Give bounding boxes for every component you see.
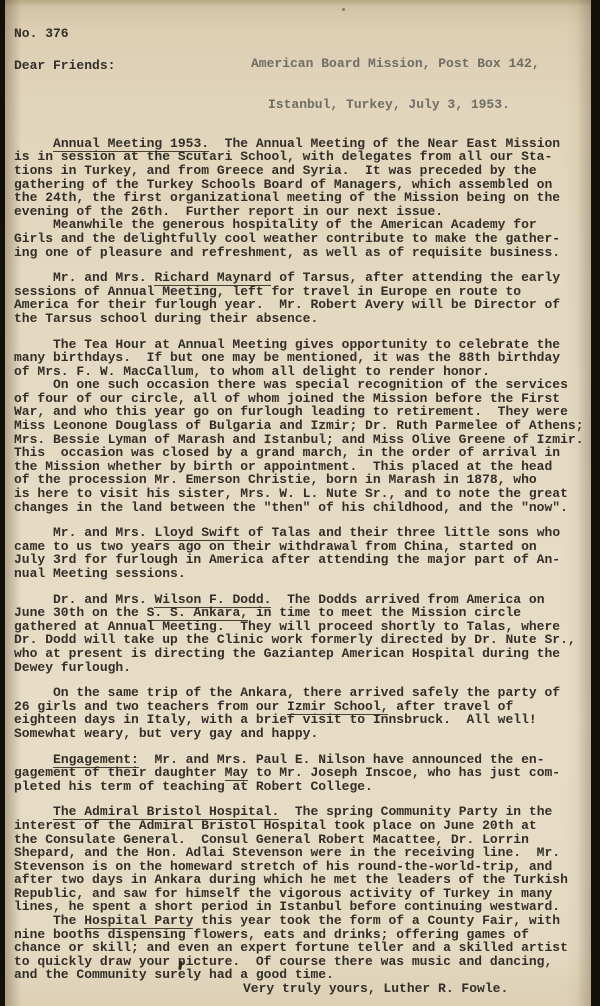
letter-line: gathered at Annual Meeting. They will pr… [14,620,579,634]
letter-line: gathering of the Turkey Schools Board of… [14,178,579,192]
paper-speck [342,8,345,11]
letter-line: of Mrs. F. W. MacCallum, to whom all del… [14,365,579,379]
text-segment: pleted his term of teaching at Robert Co… [14,779,373,794]
salutation: Dear Friends: [14,59,115,73]
letter-line: eighteen days in Italy, with a brief vis… [14,713,579,727]
letter-line: ing one of pleasure and refreshment, as … [14,246,579,260]
paragraph: Dr. and Mrs. Wilson F. Dodd. The Dodds a… [14,593,579,675]
letter-line: sessions of Annual Meeting, left for tra… [14,285,579,299]
letter-line: Dewey furlough. [14,661,579,675]
paragraph: The Tea Hour at Annual Meeting gives opp… [14,338,579,515]
letter-line: The Tea Hour at Annual Meeting gives opp… [14,338,579,352]
letter-line: The Hospital Party this year took the fo… [14,914,579,928]
letter-line: Dr. Dodd will take up the Clinic work fo… [14,633,579,647]
letter-line: the Tarsus school during their absence. [14,312,579,326]
letter-line: after two days in Ankara during which he… [14,873,579,887]
doc-number: No. 376 [14,27,69,41]
text-segment: nual Meeting sessions. [14,566,186,581]
letter-line: America for their furlough year. Mr. Rob… [14,298,579,312]
letter-line: Girls and the delightfully cool weather … [14,232,579,246]
letter-line: 26 girls and two teachers from our Izmir… [14,700,579,714]
letter-line: Somewhat weary, but very gay and happy. [14,727,579,741]
letter-line: Engagement: Mr. and Mrs. Paul E. Nilson … [14,753,579,767]
letter-line: is in session at the Scutari School, wit… [14,150,579,164]
letter-line: Miss Leonone Douglass of Bulgaria and Iz… [14,419,579,433]
letter-body: Annual Meeting 1953. The Annual Meeting … [14,96,579,996]
letter-line: On one such occasion there was special r… [14,378,579,392]
paragraph: The Admiral Bristol Hospital. The spring… [14,805,579,982]
letter-line: came to us two years ago on their withdr… [14,540,579,554]
letter-line: to quickly draw your picture. Of course … [14,955,579,969]
letter-line: pleted his term of teaching at Robert Co… [14,780,579,794]
letter-line: interest of the Admiral Bristol Hospital… [14,819,579,833]
letter-line: of four of our circle, all of whom joine… [14,392,579,406]
letter-line: chance or skill; and even an expert fort… [14,941,579,955]
letter-line: Republic, and saw for himself the vigoro… [14,887,579,901]
letter-line: evening of the 26th. Further report in o… [14,205,579,219]
paragraph: On the same trip of the Ankara, there ar… [14,686,579,740]
letter-line: Mr. and Mrs. Richard Maynard of Tarsus, … [14,271,579,285]
closing-line: Very truly yours, Luther R. Fowle. [243,982,579,996]
letter-line: This occasion was closed by a grand marc… [14,446,579,460]
letter-line: Mr. and Mrs. Lloyd Swift of Talas and th… [14,526,579,540]
letter-line: changes in the land between the "then" o… [14,501,579,515]
letter-line: Meanwhile the generous hospitality of th… [14,218,579,232]
letter-line: Shepard, and the Hon. Adlai Stevenson we… [14,846,579,860]
letter-line: The Admiral Bristol Hospital. The spring… [14,805,579,819]
letter-line: the 24th, the first organizational meeti… [14,191,579,205]
letter-line: War, and who this year go on furlough le… [14,405,579,419]
text-segment: the Tarsus school during their absence. [14,311,318,326]
letter-line: of the procession Mr. Emerson Christie, … [14,473,579,487]
letter-line: the Consulate General. Consul General Ro… [14,833,579,847]
paragraph: Mr. and Mrs. Richard Maynard of Tarsus, … [14,271,579,325]
text-segment: ing one of pleasure and refreshment, as … [14,245,560,260]
letter-line: who at present is directing the Gaziante… [14,647,579,661]
letter-line: Stevenson is on the homeward stretch of … [14,860,579,874]
letter-line: many birthdays. If but one may be mentio… [14,351,579,365]
letter-line: July 3rd for furlough in America after a… [14,553,579,567]
letter-line: Dr. and Mrs. Wilson F. Dodd. The Dodds a… [14,593,579,607]
paper: No. 376 American Board Mission, Post Box… [5,0,591,1006]
paragraph: Engagement: Mr. and Mrs. Paul E. Nilson … [14,753,579,794]
letter-line: is here to visit his sister, Mrs. W. L. … [14,487,579,501]
letter-line: Annual Meeting 1953. The Annual Meeting … [14,137,579,151]
text-segment: changes in the land between the "then" o… [14,500,568,515]
letter-line: the Mission whether by birth or appointm… [14,460,579,474]
letter-line: Mrs. Bessie Lyman of Marash and Istanbul… [14,433,579,447]
letter-line: nual Meeting sessions. [14,567,579,581]
letter-line: lines, he spent a short period in Istanb… [14,900,579,914]
address-line-1: American Board Mission, Post Box 142, [251,57,540,71]
letter-line: tions in Turkey, and from Greece and Syr… [14,164,579,178]
letter-page: No. 376 American Board Mission, Post Box… [0,0,600,1006]
letter-line: and the Community surely had a good time… [14,968,579,982]
text-segment: Dewey furlough. [14,660,131,675]
letter-line: gagement of their daughter May to Mr. Jo… [14,766,579,780]
text-segment: Somewhat weary, but very gay and happy. [14,726,318,741]
letter-line: On the same trip of the Ankara, there ar… [14,686,579,700]
letter-line: nine booths dispensing flowers, eats and… [14,928,579,942]
letter-line: June 30th on the S. S. Ankara, in time t… [14,606,579,620]
paragraph: Mr. and Mrs. Lloyd Swift of Talas and th… [14,526,579,580]
paragraph: Annual Meeting 1953. The Annual Meeting … [14,137,579,259]
